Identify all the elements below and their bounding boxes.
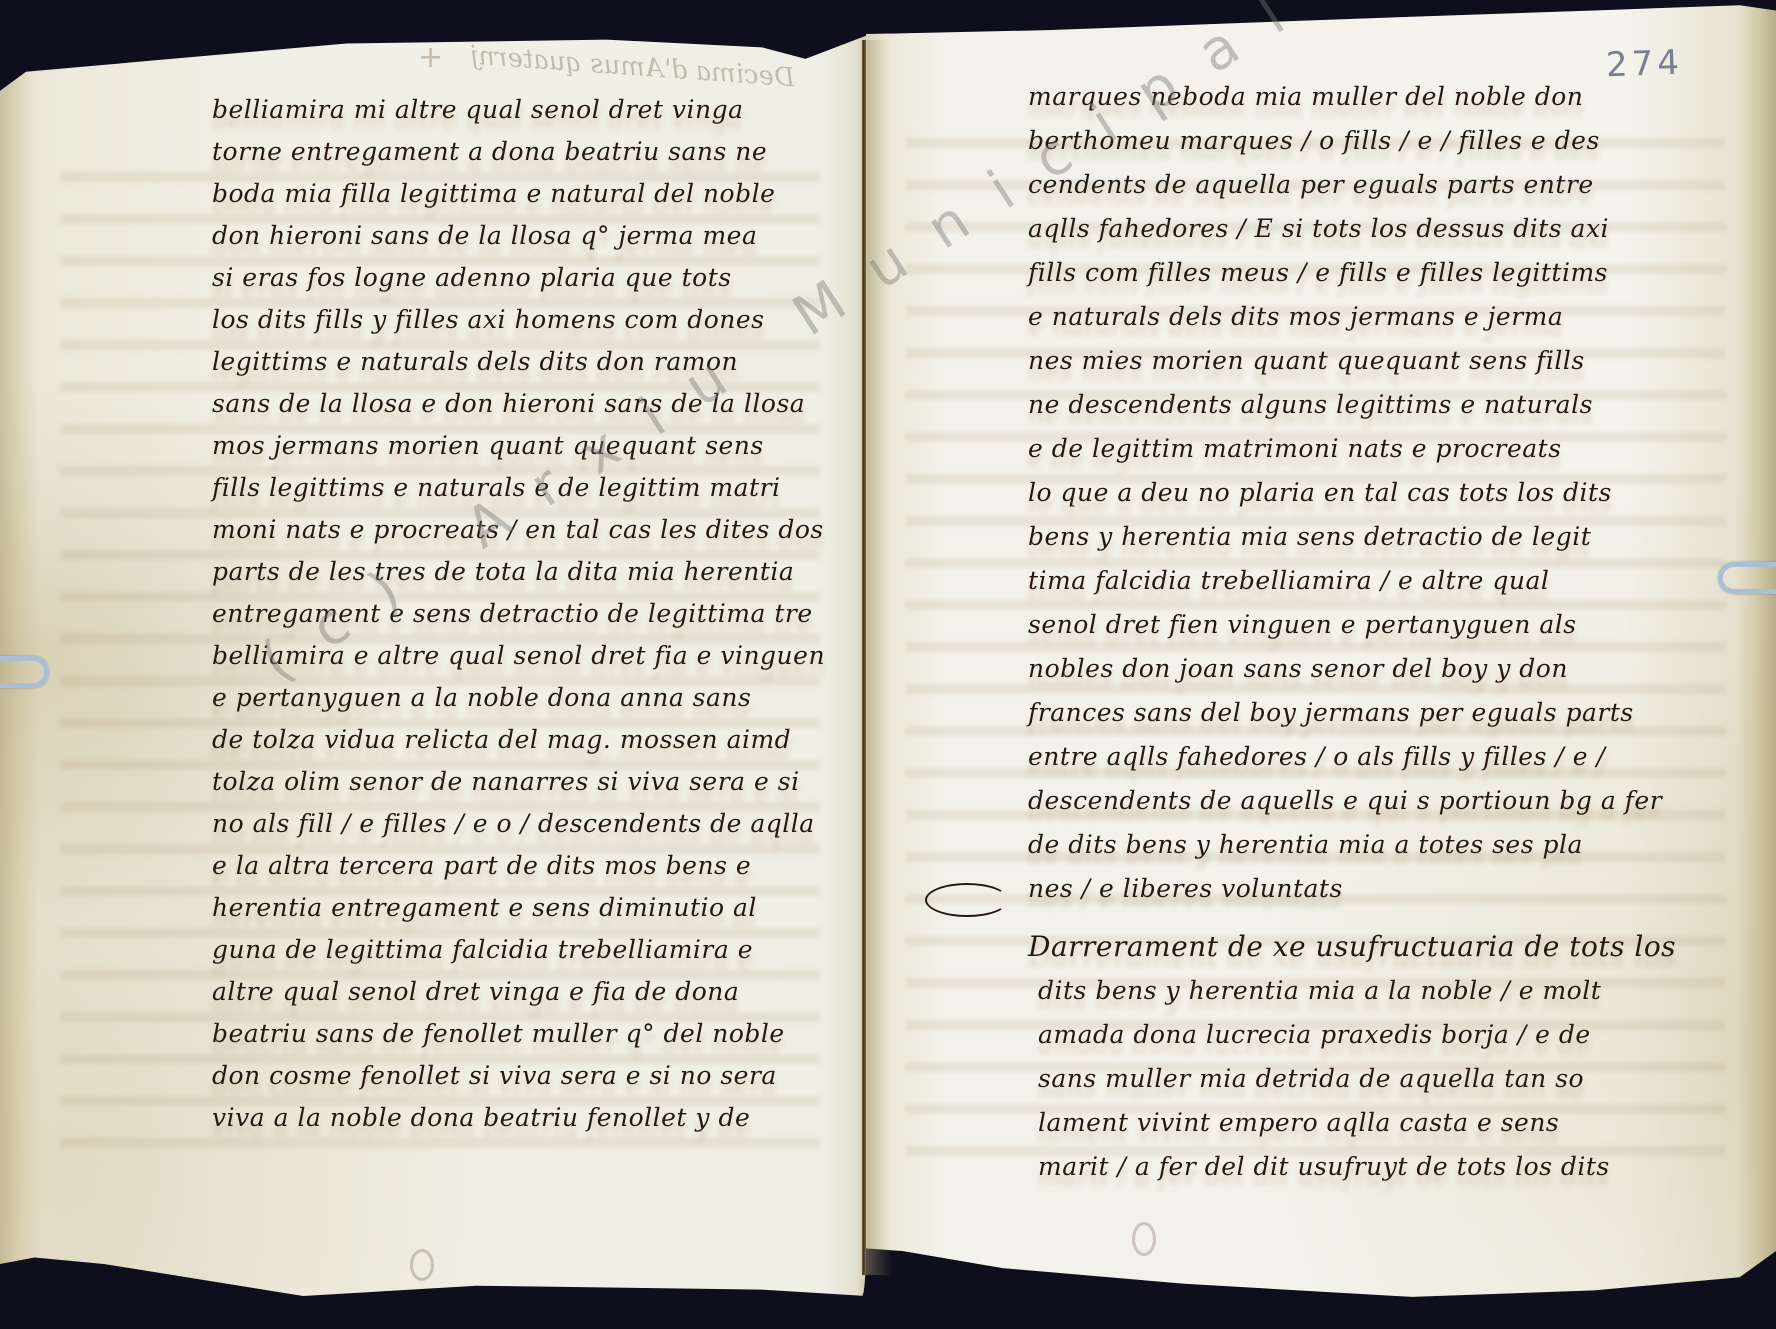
paper-clip-icon [1718, 562, 1776, 594]
paper-stain [1132, 1222, 1156, 1256]
manuscript-line: los dits fills y filles axi homens com d… [212, 305, 765, 334]
manuscript-line: altre qual senol dret vinga e fia de don… [212, 977, 739, 1006]
manuscript-line: e naturals dels dits mos jermans e jerma [1028, 302, 1563, 331]
manuscript-line: guna de legittima falcidia trebelliamira… [212, 935, 753, 964]
manuscript-line: de dits bens y herentia mia a totes ses … [1028, 830, 1583, 859]
manuscript-line: aqlls fahedores / E si tots los dessus d… [1028, 214, 1609, 243]
manuscript-line: de tolza vidua relicta del mag. mossen a… [212, 725, 791, 754]
manuscript-line: nobles don joan sans senor del boy y don [1028, 654, 1568, 683]
manuscript-line: senol dret fien vinguen e pertanyguen al… [1028, 610, 1577, 639]
folio-number: 274 [1605, 43, 1683, 86]
paper-stain [410, 1249, 434, 1281]
manuscript-line: torne entregament a dona beatriu sans ne [212, 137, 767, 166]
manuscript-line: lament vivint empero aqlla casta e sens [1038, 1108, 1559, 1137]
manuscript-line: ne descendents alguns legittims e natura… [1028, 390, 1593, 419]
manuscript-line-paragraph-start: Darrerament de xe usufructuaria de tots … [1028, 930, 1676, 963]
manuscript-line: belliamira mi altre qual senol dret ving… [212, 95, 744, 124]
manuscript-line: dits bens y herentia mia a la noble / e … [1038, 976, 1601, 1005]
manuscript-line: nes mies morien quant quequant sens fill… [1028, 346, 1585, 375]
manuscript-line: tima falcidia trebelliamira / e altre qu… [1028, 566, 1549, 595]
manuscript-line: cendents de aquella per eguals parts ent… [1028, 170, 1594, 199]
paper-clip-icon [0, 656, 49, 688]
manuscript-line: si eras fos logne adenno plaria que tots [212, 263, 732, 292]
manuscript-line: no als fill / e filles / e o / descenden… [212, 809, 815, 838]
manuscript-line: don hieroni sans de la llosa q° jerma me… [212, 221, 757, 250]
manuscript-line: legittims e naturals dels dits don ramon [212, 347, 738, 376]
paragraph-flourish-icon [925, 883, 1009, 917]
manuscript-line: marit / a fer del dit usufruyt de tots l… [1038, 1152, 1610, 1181]
manuscript-line: frances sans del boy jermans per eguals … [1028, 698, 1634, 727]
manuscript-line: herentia entregament e sens diminutio al [212, 893, 757, 922]
manuscript-line: descendents de aquells e qui s portioun … [1028, 786, 1662, 815]
manuscript-line: sans muller mia detrida de aquella tan s… [1038, 1064, 1584, 1093]
manuscript-line: tolza olim senor de nanarres si viva ser… [212, 767, 800, 796]
manuscript-line: viva a la noble dona beatriu fenollet y … [212, 1103, 750, 1132]
manuscript-line: e de legittim matrimoni nats e procreats [1028, 434, 1562, 463]
manuscript-line: parts de les tres de tota la dita mia he… [212, 557, 794, 586]
manuscript-line: beatriu sans de fenollet muller q° del n… [212, 1019, 785, 1048]
manuscript-line: lo que a deu no plaria en tal cas tots l… [1028, 478, 1612, 507]
manuscript-line: don cosme fenollet si viva sera e si no … [212, 1061, 777, 1090]
manuscript-line: fills com filles meus / e fills e filles… [1028, 258, 1608, 287]
bleed-through-cross: + [418, 40, 443, 75]
manuscript-line: nes / e liberes voluntats [1028, 874, 1343, 903]
manuscript-line: bens y herentia mia sens detractio de le… [1028, 522, 1591, 551]
manuscript-line: e la altra tercera part de dits mos bens… [212, 851, 751, 880]
manuscript-line: boda mia filla legittima e natural del n… [212, 179, 775, 208]
manuscript-line: amada dona lucrecia praxedis borja / e d… [1038, 1020, 1591, 1049]
manuscript-line: entre aqlls fahedores / o als fills y fi… [1028, 742, 1605, 771]
manuscript-viewer: + Decima d'Amus quaternj 274 belliamira … [0, 0, 1776, 1329]
